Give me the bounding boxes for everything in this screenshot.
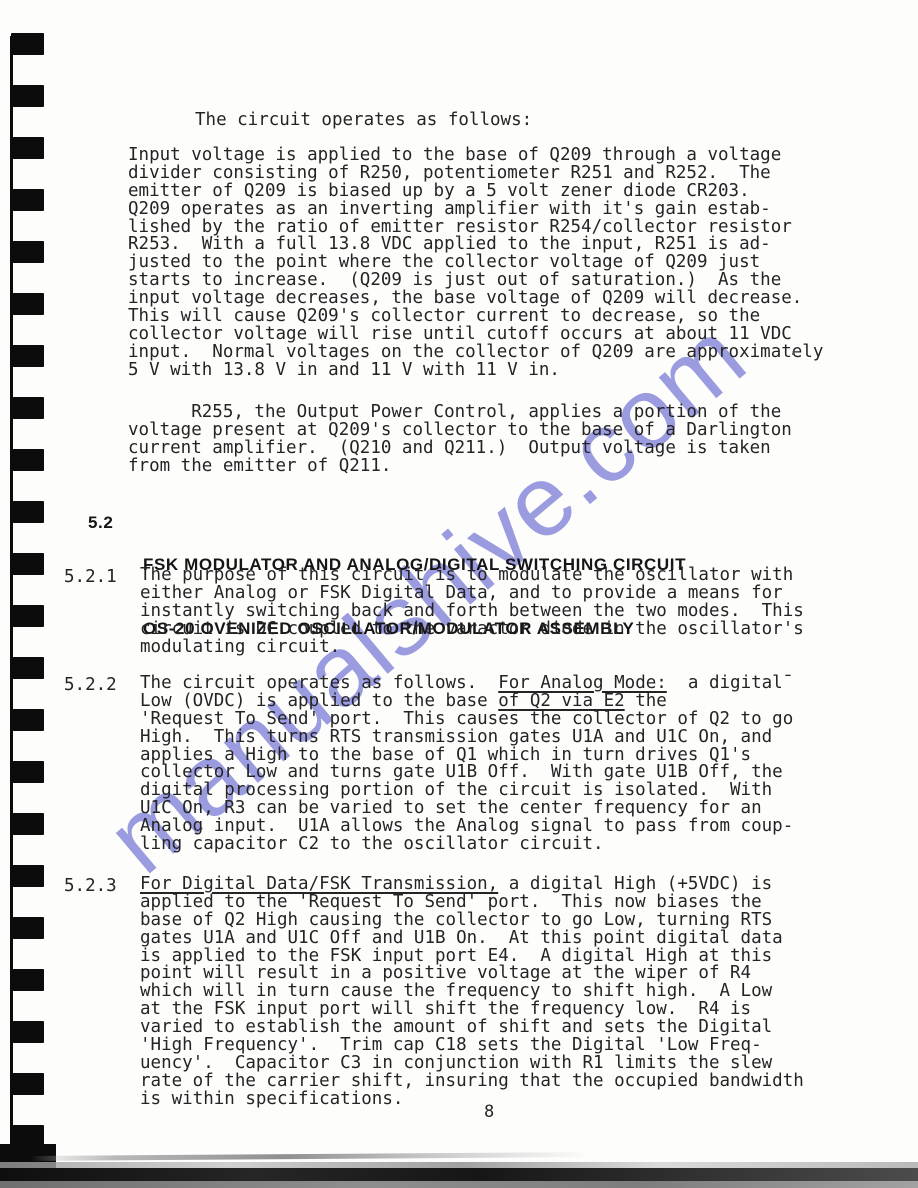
text-line: base of Q2 High causing the collector to…: [140, 912, 804, 930]
binding-tab: [11, 969, 44, 991]
binding-tab: [11, 1125, 44, 1147]
text-line: High. This turns RTS transmission gates …: [140, 729, 793, 747]
binding-tab: [11, 865, 44, 887]
paragraph-1: Input voltage is applied to the base of …: [128, 147, 823, 380]
binding-tab: [11, 501, 44, 523]
binding-tab: [11, 345, 44, 367]
text-line: current amplifier. (Q210 and Q211.) Outp…: [128, 440, 792, 458]
page-number: 8: [484, 1104, 494, 1122]
text-line: ling capacitor C2 to the oscillator circ…: [140, 836, 793, 854]
text-line: 5 V with 13.8 V in and 11 V with 11 V in…: [128, 362, 823, 380]
intro-line: The circuit operates as follows:: [195, 112, 532, 130]
binding-tab: [11, 293, 44, 315]
section-5-2-2-number: 5.2.2: [64, 675, 117, 695]
binding-tab: [11, 241, 44, 263]
text-line: rate of the carrier shift, insuring that…: [140, 1073, 804, 1091]
binding-tab: [11, 85, 44, 107]
section-5-2-3-number: 5.2.3: [64, 876, 117, 896]
binding-tab: [11, 33, 44, 55]
binding-tab: [11, 137, 44, 159]
text-line: input. Normal voltages on the collector …: [128, 344, 823, 362]
binding-tab: [11, 917, 44, 939]
binding-tab: [11, 397, 44, 419]
section-5-2-number: 5.2: [88, 513, 113, 533]
spiral-binding: [0, 0, 60, 1188]
text-line: is within specifications.: [140, 1091, 804, 1109]
scan-edge-band: [0, 1168, 918, 1181]
scan-edge-shadow: [0, 1150, 918, 1188]
scan-speck: ’: [789, 350, 797, 365]
text-line: instantly switching back and forth betwe…: [140, 603, 804, 621]
text-line: modulating circuit.: [140, 639, 804, 657]
binding-tab: [11, 761, 44, 783]
binding-tab: [11, 709, 44, 731]
scan-streak: [30, 1152, 590, 1161]
text-line: 'Request To Send' port. This causes the …: [140, 711, 793, 729]
section-5-2-1-number: 5.2.1: [64, 567, 117, 587]
text-line: gates U1A and U1C Off and U1B On. At thi…: [140, 930, 804, 948]
binding-tab: [11, 189, 44, 211]
binding-tab: [11, 1073, 44, 1095]
binding-tab: [11, 657, 44, 679]
text-line: Q209 operates as an inverting amplifier …: [128, 201, 823, 219]
binding-tab: [11, 449, 44, 471]
text-line: emitter of Q209 is biased up by a 5 volt…: [128, 183, 823, 201]
text-line: from the emitter of Q211.: [128, 458, 792, 476]
section-5-2-3-body: For Digital Data/FSK Transmission, a dig…: [140, 876, 804, 1109]
binding-tab: [11, 605, 44, 627]
binding-tab: [11, 553, 44, 575]
paragraph-2: R255, the Output Power Control, applies …: [128, 404, 792, 476]
text-line: circuit is DC coupled to the varactor di…: [140, 621, 804, 639]
section-5-2-2-body: The circuit operates as follows. For Ana…: [140, 675, 793, 854]
section-5-2-1-body: The purpose of this circuit is to modula…: [140, 567, 804, 656]
scan-edge-band-light: [0, 1181, 918, 1188]
binding-tab: [11, 813, 44, 835]
scanned-manual-page: manualshive.com The circuit operates as …: [0, 0, 918, 1188]
binding-tab: [11, 1021, 44, 1043]
